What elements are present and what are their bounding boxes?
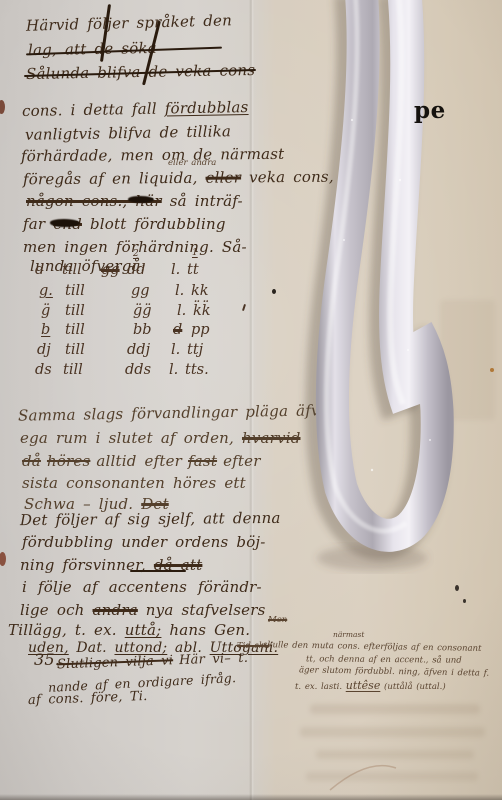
printed-text-fragment: pe	[414, 97, 446, 124]
manuscript-photo: Härvid följer språket den lag, att de sö…	[0, 0, 502, 800]
pencil-curve-mark	[330, 766, 396, 790]
